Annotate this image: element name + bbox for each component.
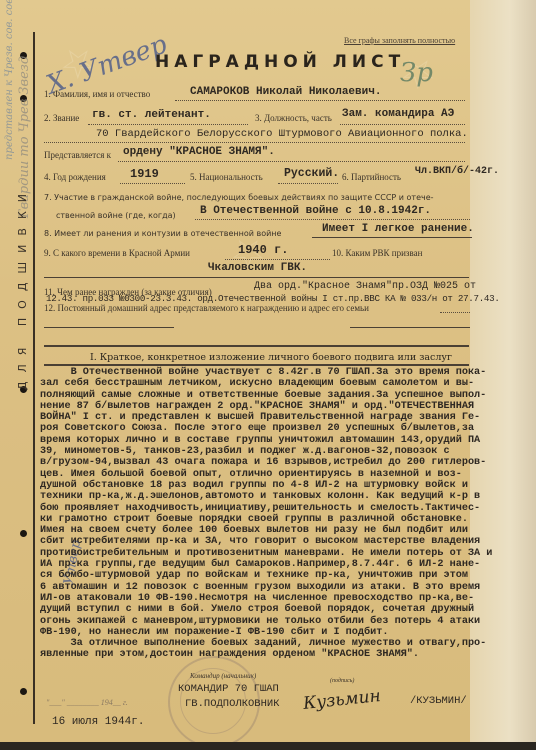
instruction-note: Все графы заполнять полностью [344, 36, 455, 45]
binding-label: ДЛЯ ПОДШИВКИ [16, 185, 29, 390]
narrative-line: сбит истребителями пр-ка и ЗА, что говор… [40, 536, 470, 547]
narrative-line: 6 автомашин и 12 повозок с военным грузо… [40, 582, 470, 593]
narrative-line: бою проявляет находчивость,инициативу,ре… [40, 503, 470, 514]
field-party-value: Чл.ВКП/б/-42г. [415, 166, 499, 177]
field-rank-value: гв. ст. лейтенант. [92, 109, 211, 121]
underline [340, 124, 465, 125]
field-rvk-value: Чкаловским ГВК. [208, 262, 307, 274]
narrative-line: ВОЙНА" I ст. и представлен к высшей Прав… [40, 412, 470, 423]
commander-position: КОМАНДИР 70 ГШАП [178, 683, 279, 695]
field-nationality-label: 5. Национальность [190, 172, 263, 182]
underline [44, 327, 174, 328]
field-rank-label: 2. Звание [44, 113, 79, 123]
field-position-label: 3. Должность, часть [255, 113, 332, 123]
date-template: "___" ________ 194__ г. [46, 698, 128, 707]
section-rule [44, 364, 469, 366]
scan-border [0, 742, 536, 750]
narrative-line: дущий вступил с ними в бой. Умело строя … [40, 604, 470, 615]
field-position-value: Зам. командира АЭ [342, 108, 454, 120]
narrative-line: зал себя бесстрашным летчиком, искусно в… [40, 378, 470, 389]
narrative-line: ки грамотно строит боевые порядки своей … [40, 514, 470, 525]
narrative-line: душной обстановке 18 раз водил группы по… [40, 480, 470, 491]
field-war-participation-value: В Отечественной войне с 10.8.1942г. [200, 205, 431, 217]
field-war-participation-label: 7. Участие в гражданской войне, последую… [44, 193, 434, 202]
underline [120, 183, 185, 184]
margin-binding-line [33, 32, 35, 724]
underline [312, 237, 472, 238]
narrative-line: техники пр-ка,ж.д.эшелонов,автомото и та… [40, 491, 470, 502]
margin-handwritten-note: представлен к Чрезв. сов. сов. [4, 10, 15, 160]
underline [440, 312, 470, 313]
narrative-line: полняющий самые сложные и ответственные … [40, 390, 470, 401]
narrative-line: ИА пр-ка группы,где ведущим был Самароко… [40, 559, 470, 570]
underline [278, 183, 338, 184]
narrative-line: противоистребительным и противозенитным … [40, 548, 470, 559]
field-name-value: САМАРОКОВ Николай Николаевич. [190, 86, 381, 98]
narrative-line: в/грузом-94,вызвал 43 очага пожара и 16 … [40, 457, 470, 468]
field-nationality-value: Русский. [284, 167, 339, 180]
narrative-line: роя Советского Союза. После этого еще пр… [40, 423, 470, 434]
narrative-line: Имея на своем счету более 100 боевых выл… [40, 525, 470, 536]
underline [44, 277, 469, 278]
field-name-label: 1. Фамилия, имя и отчество [44, 89, 150, 99]
field-presented-value: ордену "КРАСНОЕ ЗНАМЯ". [123, 146, 275, 158]
field-rvk-label: 10. Каким РВК призван [332, 248, 422, 258]
narrative-line: время которых лично и в составе группы у… [40, 435, 470, 446]
commander-signature: Кузьмин [302, 686, 381, 714]
field-army-since-value: 1940 г. [238, 243, 288, 257]
signer-name: /КУЗЬМИН/ [410, 695, 467, 707]
field-party-label: 6. Партийность [342, 172, 401, 182]
underline [195, 219, 470, 220]
underline [88, 124, 248, 125]
underline [44, 142, 465, 143]
underline [225, 259, 330, 260]
section-heading: I. Краткое, конкретное изложение личного… [90, 352, 452, 363]
field-unit-value: 70 Гвардейского Белорусского Штурмового … [96, 128, 468, 140]
commander-rank: ГВ.ПОДПОЛКОВНИК [185, 698, 280, 710]
field-birth-year-label: 4. Год рождения [44, 172, 106, 182]
document-title: НАГРАДНОЙ ЛИСТ [155, 52, 405, 72]
section-rule [44, 345, 469, 347]
field-prior-awards-value: Два орд."Красное Знамя"пр.ОЗД №025 от [254, 281, 476, 292]
document-date: 16 июля 1944г. [52, 716, 144, 728]
field-wounds-value: Имеет I легкое ранение. [322, 223, 474, 235]
narrative-line: ФВ-190, но нанесли им поражение-I ФВ-190… [40, 627, 470, 638]
signature-caption: (подпись) [330, 678, 354, 684]
field-army-since-label: 9. С какого времени в Красной Армии [44, 248, 190, 258]
narrative-line: 39, минометов-5, танков-23,разбил и подж… [40, 446, 470, 457]
narrative-line: цев. Имея большой боевой опыт, отлично о… [40, 469, 470, 480]
narrative-line: нение 87 б/вылетов награжден 2 орд."КРАС… [40, 401, 470, 412]
narrative-line: За отличное выполнение боевых заданий, л… [40, 638, 470, 649]
narrative-line: В Отечественной войне участвует с 8.42г.… [40, 367, 470, 378]
field-wounds-label: 8. Имеет ли ранения и контузии в отечест… [44, 229, 281, 238]
field-birth-year-value: 1919 [130, 167, 159, 181]
underline [175, 100, 465, 101]
narrative-line: ИЛ-ов атаковали 10 ФВ-190.Несмотря на чи… [40, 593, 470, 604]
punch-hole-icon [20, 530, 27, 537]
field-presented-label: Представляется к [44, 150, 111, 160]
narrative-line: явленные при этом,достоин награждения ор… [40, 649, 470, 660]
narrative-line: ся бомбо-штурмовой удар по войскам и тех… [40, 570, 470, 581]
field-war-participation-label-2: ственной войне (где, когда) [56, 211, 176, 220]
punch-hole-icon [20, 688, 27, 695]
field-address-label: 12. Постоянный домашний адрес представля… [44, 303, 369, 313]
narrative-line: огонь экипажей с маневром,штурмовики не … [40, 616, 470, 627]
underline [118, 161, 465, 162]
underline [350, 327, 470, 328]
narrative-text: В Отечественной войне участвует с 8.42г.… [40, 367, 470, 661]
award-sheet: ☆ ☆ ☆ представлен к Чрезв. сов. сов. Гва… [0, 0, 536, 742]
